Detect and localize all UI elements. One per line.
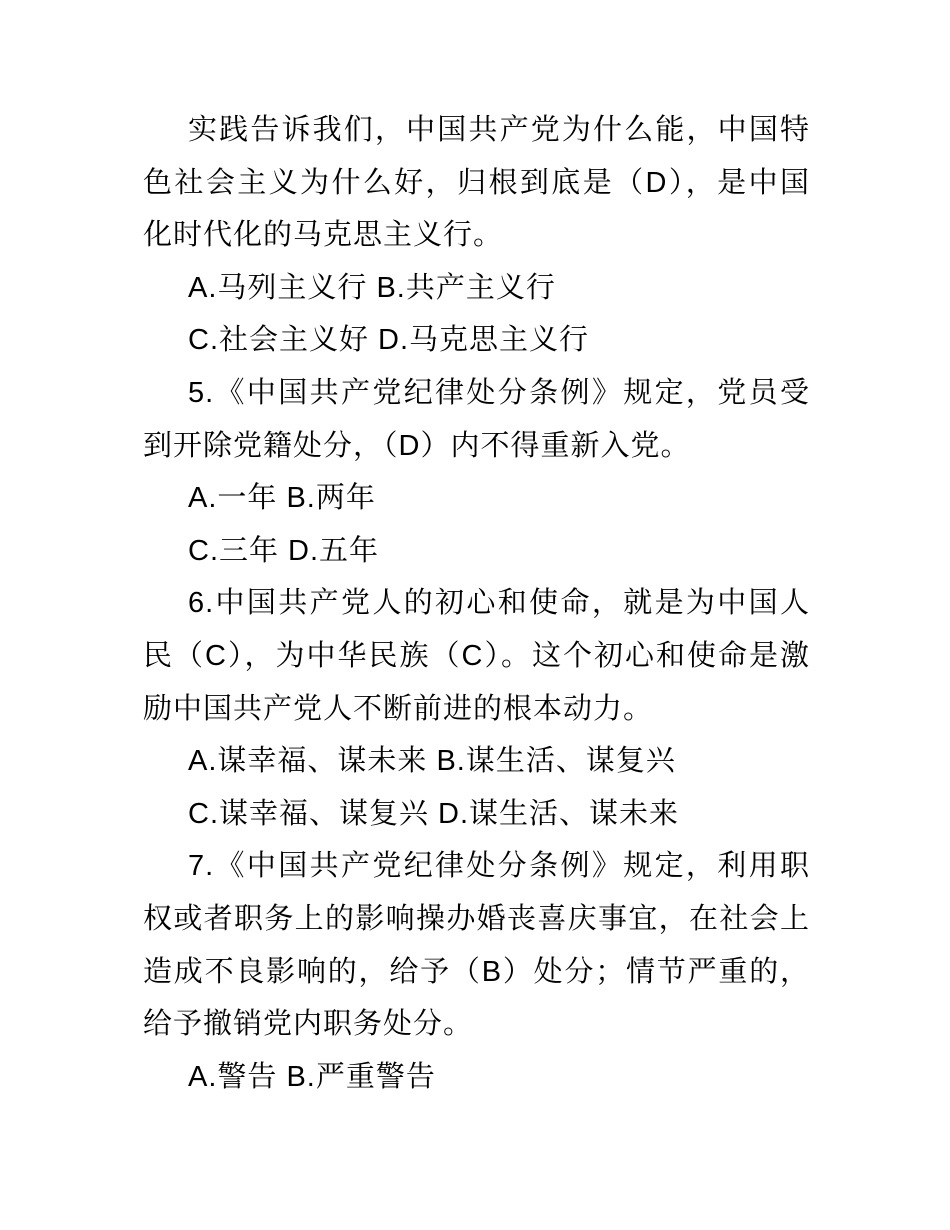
options-line-paragraph: C.谋幸福、谋复兴 D.谋生活、谋未来 — [143, 788, 810, 841]
document-page: 实践告诉我们，中国共产党为什么能，中国特色社会主义为什么好，归根到底是（D），是… — [0, 0, 950, 1230]
question-stem-paragraph: 6.中国共产党人的初心和使命，就是为中国人民（C），为中华民族（C）。这个初心和… — [143, 577, 810, 735]
question-stem-paragraph: 实践告诉我们，中国共产党为什么能，中国特色社会主义为什么好，归根到底是（D），是… — [143, 104, 810, 262]
options-line-paragraph: A.一年 B.两年 — [143, 472, 810, 525]
options-line-paragraph: A.警告 B.严重警告 — [143, 1051, 810, 1104]
options-line-paragraph: C.社会主义好 D.马克思主义行 — [143, 314, 810, 367]
options-line-paragraph: A.马列主义行 B.共产主义行 — [143, 262, 810, 315]
options-line-paragraph: C.三年 D.五年 — [143, 525, 810, 578]
question-stem-paragraph: 7.《中国共产党纪律处分条例》规定，利用职权或者职务上的影响操办婚丧喜庆事宜，在… — [143, 840, 810, 1050]
options-line-paragraph: A.谋幸福、谋未来 B.谋生活、谋复兴 — [143, 735, 810, 788]
question-stem-paragraph: 5.《中国共产党纪律处分条例》规定，党员受到开除党籍处分，（D）内不得重新入党。 — [143, 367, 810, 472]
